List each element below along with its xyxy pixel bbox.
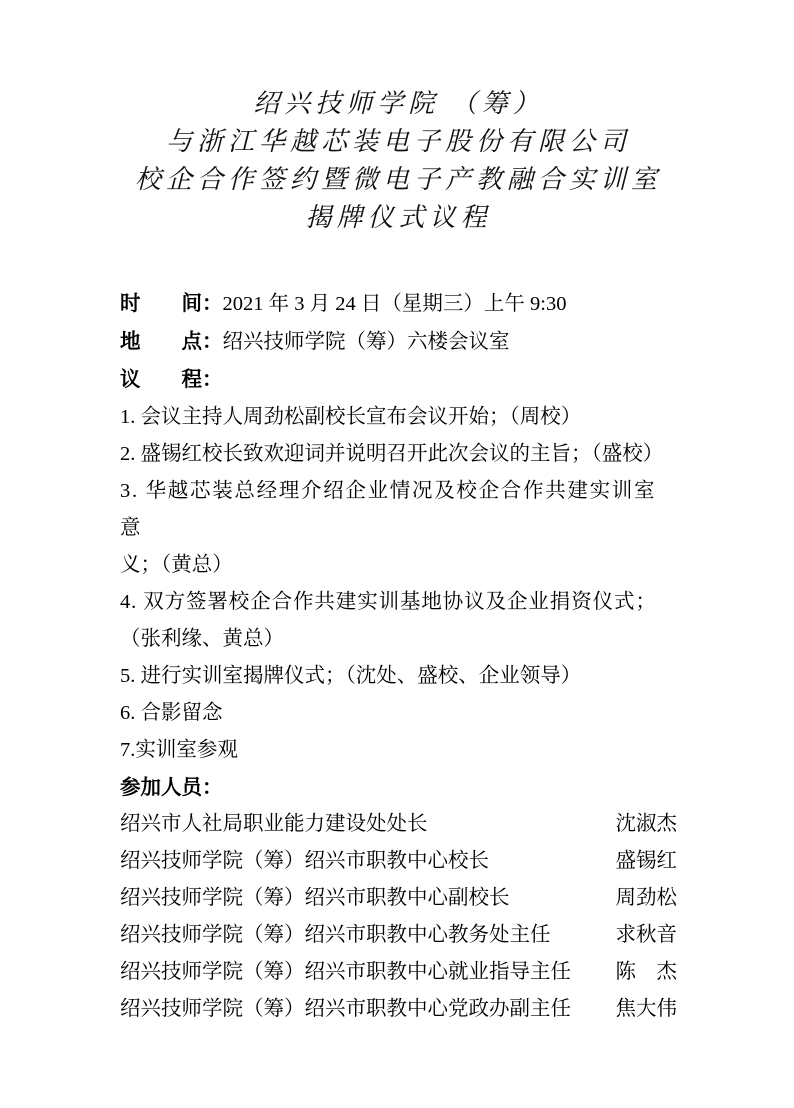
time-value: 2021 年 3 月 24 日（星期三）上午 9:30 — [223, 293, 567, 315]
participant-name: 周劲松 — [616, 880, 678, 917]
participants-heading: 参加人员： — [120, 769, 677, 806]
participant-title: 绍兴市人社局职业能力建设处处长 — [120, 806, 428, 843]
location-value: 绍兴技师学院（筹）六楼会议室 — [223, 331, 510, 353]
participant-title: 绍兴技师学院（筹）绍兴市职教中心校长 — [120, 843, 489, 880]
participant-name: 求秋音 — [616, 917, 678, 954]
agenda-item-3-line-2: 义；（黄总） — [120, 547, 677, 584]
participant-row: 绍兴技师学院（筹）绍兴市职教中心党政办副主任 焦大伟 — [120, 991, 677, 1028]
agenda-item-3-line-1: 3. 华越芯装总经理介绍企业情况及校企合作共建实训室意 — [120, 473, 677, 547]
title-line-1: 绍兴技师学院 （筹） — [120, 85, 677, 123]
participant-name: 焦大伟 — [616, 991, 678, 1028]
time-label: 时 间： — [120, 292, 223, 315]
participant-row: 绍兴技师学院（筹）绍兴市职教中心就业指导主任 陈 杰 — [120, 954, 677, 991]
agenda-item-2: 2. 盛锡红校长致欢迎词并说明召开此次会议的主旨；（盛校） — [120, 436, 677, 473]
participant-name: 沈淑杰 — [616, 806, 678, 843]
participant-name: 盛锡红 — [616, 843, 678, 880]
document-body: 时 间：2021 年 3 月 24 日（星期三）上午 9:30 地 点：绍兴技师… — [120, 285, 677, 1028]
agenda-item-5: 5. 进行实训室揭牌仪式；（沈处、盛校、企业领导） — [120, 658, 677, 695]
agenda-item-4-line-2: （张利缘、黄总） — [120, 621, 677, 658]
agenda-item-1: 1. 会议主持人周劲松副校长宣布会议开始；（周校） — [120, 399, 677, 436]
participant-row: 绍兴技师学院（筹）绍兴市职教中心副校长 周劲松 — [120, 880, 677, 917]
participant-row: 绍兴技师学院（筹）绍兴市职教中心教务处主任 求秋音 — [120, 917, 677, 954]
title-line-2: 与浙江华越芯装电子股份有限公司 — [120, 123, 677, 161]
agenda-item-7: 7.实训室参观 — [120, 732, 677, 769]
participant-title: 绍兴技师学院（筹）绍兴市职教中心就业指导主任 — [120, 954, 571, 991]
info-row-agenda-heading: 议 程： — [120, 361, 677, 399]
participant-row: 绍兴市人社局职业能力建设处处长 沈淑杰 — [120, 806, 677, 843]
document-title: 绍兴技师学院 （筹） 与浙江华越芯装电子股份有限公司 校企合作签约暨微电子产教融… — [120, 85, 677, 237]
location-label: 地 点： — [120, 330, 223, 353]
participant-row: 绍兴技师学院（筹）绍兴市职教中心校长 盛锡红 — [120, 843, 677, 880]
info-row-time: 时 间：2021 年 3 月 24 日（星期三）上午 9:30 — [120, 285, 677, 323]
participant-name: 陈 杰 — [616, 954, 678, 991]
participant-title: 绍兴技师学院（筹）绍兴市职教中心副校长 — [120, 880, 510, 917]
title-line-4: 揭牌仪式议程 — [120, 199, 677, 237]
participants-list: 绍兴市人社局职业能力建设处处长 沈淑杰 绍兴技师学院（筹）绍兴市职教中心校长 盛… — [120, 806, 677, 1028]
agenda-list: 1. 会议主持人周劲松副校长宣布会议开始；（周校） 2. 盛锡红校长致欢迎词并说… — [120, 399, 677, 769]
agenda-item-4-line-1: 4. 双方签署校企合作共建实训基地协议及企业捐资仪式； — [120, 584, 677, 621]
agenda-item-6: 6. 合影留念 — [120, 695, 677, 732]
document-page: 绍兴技师学院 （筹） 与浙江华越芯装电子股份有限公司 校企合作签约暨微电子产教融… — [0, 0, 794, 1108]
info-row-location: 地 点：绍兴技师学院（筹）六楼会议室 — [120, 323, 677, 361]
participant-title: 绍兴技师学院（筹）绍兴市职教中心教务处主任 — [120, 917, 551, 954]
title-line-3: 校企合作签约暨微电子产教融合实训室 — [120, 161, 677, 199]
agenda-heading-label: 议 程： — [120, 368, 223, 391]
participant-title: 绍兴技师学院（筹）绍兴市职教中心党政办副主任 — [120, 991, 571, 1028]
